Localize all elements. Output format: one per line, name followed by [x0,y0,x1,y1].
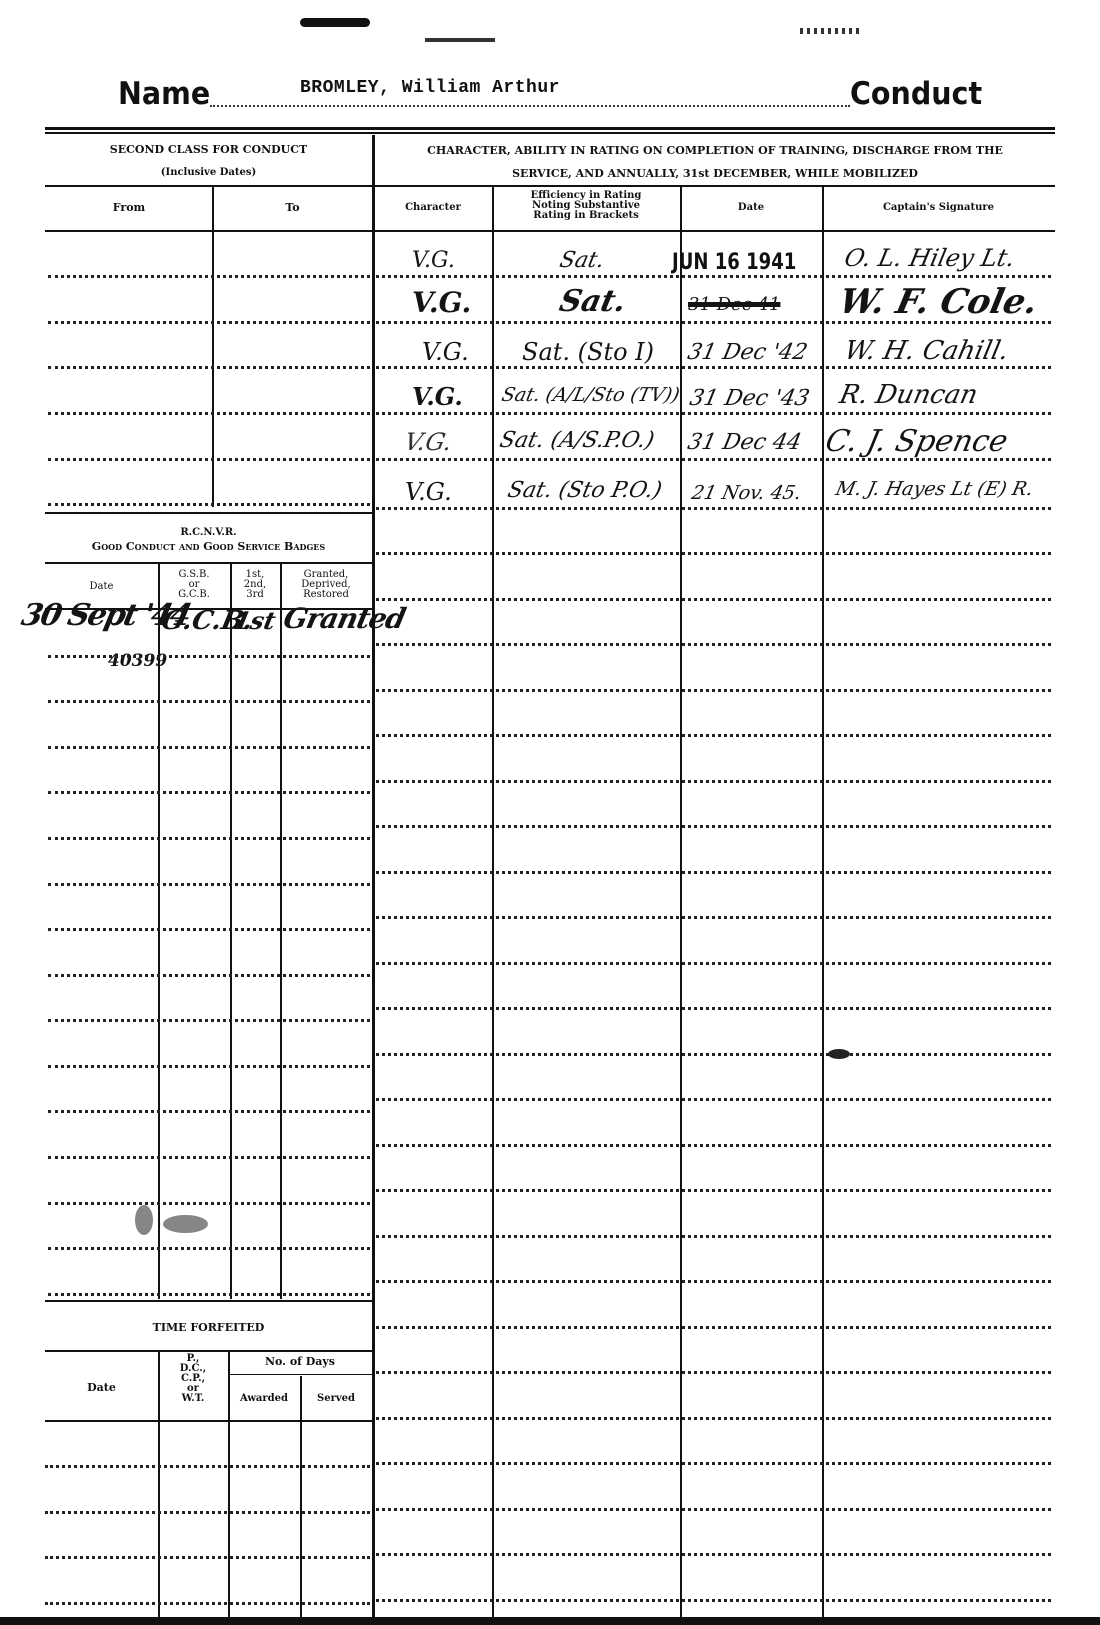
cell-date-stamp: JUN 16 1941 [672,250,796,275]
tf-col-days: No. of Days [228,1356,372,1368]
row-line[interactable] [376,1553,1051,1556]
row-line[interactable] [376,1417,1051,1420]
cell-character: V.G. [402,428,455,456]
col-header-date: Date [680,202,822,214]
cell-character: V.G. [412,248,455,273]
cell-character: V.G. [422,338,469,366]
rule [374,185,1055,187]
row-line[interactable] [376,734,1051,737]
row-line[interactable] [376,1098,1051,1101]
row-line[interactable] [376,412,1051,415]
second-class-title: SECOND CLASS FOR CONDUCT [45,144,372,156]
cell-date: 31 Dec 44 [685,430,803,455]
row-line[interactable] [376,1235,1051,1238]
label: Restored [280,590,372,600]
cell-signature: R. Duncan [837,380,981,410]
rule [45,230,372,232]
scan-smudge [163,1215,208,1233]
col-divider [822,187,824,1617]
row-line[interactable] [376,780,1051,783]
row-line[interactable] [376,916,1051,919]
cell-signature: M. J. Hayes Lt (E) R. [834,478,1035,500]
label: Rating in Brackets [492,211,680,221]
second-class-subtitle: (Inclusive Dates) [45,168,372,178]
col-header-from: From [45,202,213,214]
row-line[interactable] [48,1247,370,1250]
badges-title-1: R.C.N.V.R. [45,528,372,538]
rule [374,230,1055,232]
cell-character: V.G. [412,286,471,319]
tf-col-code: P., D.C., C.P., or W.T. [158,1354,228,1404]
row-line[interactable] [376,321,1051,324]
cell-efficiency: Sat. (Sto P.O.) [505,478,664,503]
tf-col-date: Date [45,1382,158,1394]
col-divider [158,564,160,1299]
rule [230,1374,372,1375]
cell-date: 31 Dec '43 [687,386,811,411]
badge-date-note: 40399 [108,651,167,671]
header-rule [45,132,1055,134]
badge-col-type: G.S.B. or G.C.B. [158,570,230,600]
cell-signature: W. F. Cole. [836,282,1042,322]
col-divider [230,564,232,1299]
badges-title-2: Good Conduct and Good Service Badges [45,542,372,552]
time-forfeited-title: TIME FORFEITED [45,1322,372,1334]
row-line[interactable] [376,1462,1051,1465]
cell-efficiency: Sat. (Sto I) [522,338,654,366]
row-line[interactable] [376,1280,1051,1283]
character-title-1: CHARACTER, ABILITY IN RATING ON COMPLETI… [375,145,1055,157]
badge-order: 1st [231,606,278,635]
row-line[interactable] [45,1602,370,1605]
row-line[interactable] [48,503,370,506]
rule [45,1300,372,1302]
row-line[interactable] [376,552,1051,555]
cell-date: 31 Dec '42 [685,340,809,365]
cell-signature: C. J. Spence [822,424,1011,459]
row-line[interactable] [48,883,370,886]
rule [45,185,372,187]
row-line[interactable] [48,791,370,794]
row-line[interactable] [48,1202,370,1205]
row-line[interactable] [48,458,370,461]
row-line[interactable] [376,871,1051,874]
conduct-label: Conduct [850,76,982,112]
cell-date: 21 Nov. 45. [690,482,804,504]
row-line[interactable] [376,1326,1051,1329]
rule [45,1420,372,1422]
row-line[interactable] [376,1599,1051,1602]
row-line[interactable] [376,825,1051,828]
col-divider [280,564,282,1299]
badge-col-status: Granted, Deprived, Restored [280,570,372,600]
row-line[interactable] [48,746,370,749]
row-line[interactable] [376,962,1051,965]
label: W.T. [158,1394,228,1404]
cell-signature: W. H. Cahill. [842,336,1012,366]
row-line[interactable] [48,928,370,931]
row-line[interactable] [48,275,370,278]
name-label: Name [118,76,210,112]
col-header-efficiency: Efficiency in Rating Noting Substantive … [492,191,680,221]
row-line[interactable] [48,1065,370,1068]
rule [45,512,372,514]
bottom-edge [0,1617,1100,1625]
cell-date: 31 Dec 41 [688,294,780,315]
row-line[interactable] [48,1156,370,1159]
col-header-character: Character [374,202,492,214]
row-line[interactable] [376,1189,1051,1192]
cell-signature: O. L. Hiley Lt. [842,244,1018,272]
tf-col-served: Served [300,1394,372,1404]
scan-smudge [425,38,495,42]
row-line[interactable] [48,837,370,840]
row-line[interactable] [376,458,1051,461]
row-line[interactable] [48,412,370,415]
col-header-signature: Captain's Signature [822,202,1055,214]
badge-col-date: Date [45,582,158,592]
cell-character: V.G. [412,382,463,411]
row-line[interactable] [376,1508,1051,1511]
cell-efficiency: Sat. [556,284,629,319]
label: 3rd [230,590,280,600]
cell-efficiency: Sat. (A/L/Sto (TV)) [500,384,682,406]
row-line[interactable] [376,1053,1051,1056]
row-line[interactable] [376,1144,1051,1147]
header-rule [45,127,1055,130]
row-line[interactable] [48,1019,370,1022]
cell-efficiency: Sat. [557,248,606,273]
row-line[interactable] [48,700,370,703]
row-line[interactable] [45,1511,370,1514]
row-line[interactable] [376,366,1051,369]
row-line[interactable] [376,507,1051,510]
rule [45,1350,372,1352]
cell-efficiency: Sat. (A/S.P.O.) [497,428,656,453]
col-header-to: To [213,202,372,214]
row-line[interactable] [376,1371,1051,1374]
row-line[interactable] [376,689,1051,692]
name-dotted-line [210,105,850,107]
scan-smudge [800,28,860,34]
row-line[interactable] [48,1110,370,1113]
character-title-2: SERVICE, AND ANNUALLY, 31st DECEMBER, WH… [375,168,1055,180]
badge-col-order: 1st, 2nd, 3rd [230,570,280,600]
badge-status: Granted [280,602,408,635]
col-divider [300,1376,302,1617]
cell-character: V.G. [405,478,452,506]
row-line[interactable] [376,643,1051,646]
scan-smudge [135,1205,153,1235]
row-line[interactable] [45,1556,370,1559]
row-line[interactable] [45,1465,370,1468]
col-divider [228,1352,230,1617]
row-line[interactable] [376,598,1051,601]
row-line[interactable] [48,974,370,977]
row-line[interactable] [48,366,370,369]
row-line[interactable] [376,1007,1051,1010]
row-line[interactable] [376,275,1051,278]
row-line[interactable] [48,1293,370,1296]
row-line[interactable] [48,321,370,324]
rule [45,562,372,564]
col-divider [492,187,494,1617]
scan-smudge [300,18,370,27]
tf-col-awarded: Awarded [228,1394,300,1404]
section-divider [372,135,375,1617]
name-value[interactable]: BROMLEY, William Arthur [300,78,560,98]
row-line[interactable] [48,655,370,658]
col-divider [680,187,682,1617]
